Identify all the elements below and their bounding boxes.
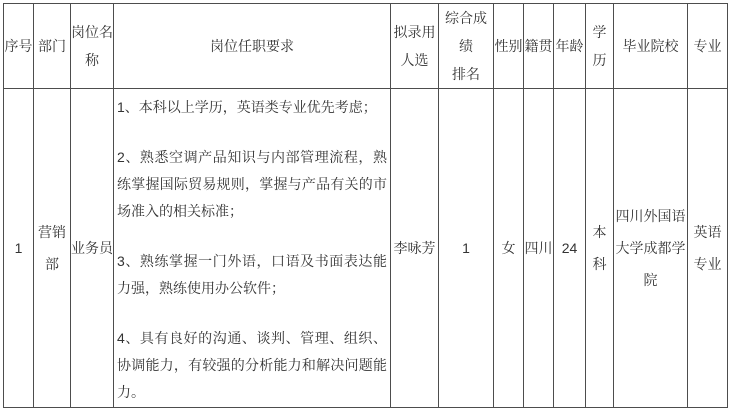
header-gender: 性别 [494, 4, 524, 89]
header-department: 部门 [34, 4, 71, 89]
requirement-item-3: 3、熟练掌握一门外语，口语及书面表达能力强，熟练使用办公软件； [117, 248, 387, 302]
header-education: 学历 [586, 4, 614, 89]
header-age: 年龄 [554, 4, 586, 89]
header-native-place: 籍贯 [524, 4, 554, 89]
cell-gender: 女 [494, 89, 524, 408]
header-job-requirements: 岗位任职要求 [114, 4, 391, 89]
cell-job-requirements: 1、本科以上学历，英语类专业优先考虑； 2、熟悉空调产品知识与内部管理流程，熟练… [114, 89, 391, 408]
cell-serial-number: 1 [4, 89, 34, 408]
cell-department: 营销 部 [34, 89, 71, 408]
cell-major: 英语 专业 [688, 89, 728, 408]
requirement-item-1: 1、本科以上学历，英语类专业优先考虑； [117, 94, 387, 121]
cell-age: 24 [554, 89, 586, 408]
header-serial-number: 序号 [4, 4, 34, 89]
cell-native-place: 四川 [524, 89, 554, 408]
header-major: 专业 [688, 4, 728, 89]
cell-education: 本科 [586, 89, 614, 408]
table-row: 1 营销 部 业务员 1、本科以上学历，英语类专业优先考虑； 2、熟悉空调产品知… [4, 89, 728, 408]
header-graduate-school: 毕业院校 [614, 4, 688, 89]
header-proposed-candidate: 拟录用 人选 [391, 4, 439, 89]
table-header-row: 序号 部门 岗位名 称 岗位任职要求 拟录用 人选 综合成绩 排名 性别 籍贯 … [4, 4, 728, 89]
cell-overall-score-rank: 1 [439, 89, 494, 408]
header-overall-score-rank: 综合成绩 排名 [439, 4, 494, 89]
requirement-item-4: 4、具有良好的沟通、谈判、管理、组织、协调能力，有较强的分析能力和解决问题能力。 [117, 325, 387, 406]
requirement-item-2: 2、熟悉空调产品知识与内部管理流程，熟练掌握国际贸易规则，掌握与产品有关的市场准… [117, 144, 387, 225]
cell-graduate-school: 四川外国语 大学成都学 院 [614, 89, 688, 408]
header-position-name: 岗位名 称 [71, 4, 114, 89]
job-candidates-table: 序号 部门 岗位名 称 岗位任职要求 拟录用 人选 综合成绩 排名 性别 籍贯 … [3, 3, 728, 408]
cell-position-name: 业务员 [71, 89, 114, 408]
cell-proposed-candidate: 李咏芳 [391, 89, 439, 408]
